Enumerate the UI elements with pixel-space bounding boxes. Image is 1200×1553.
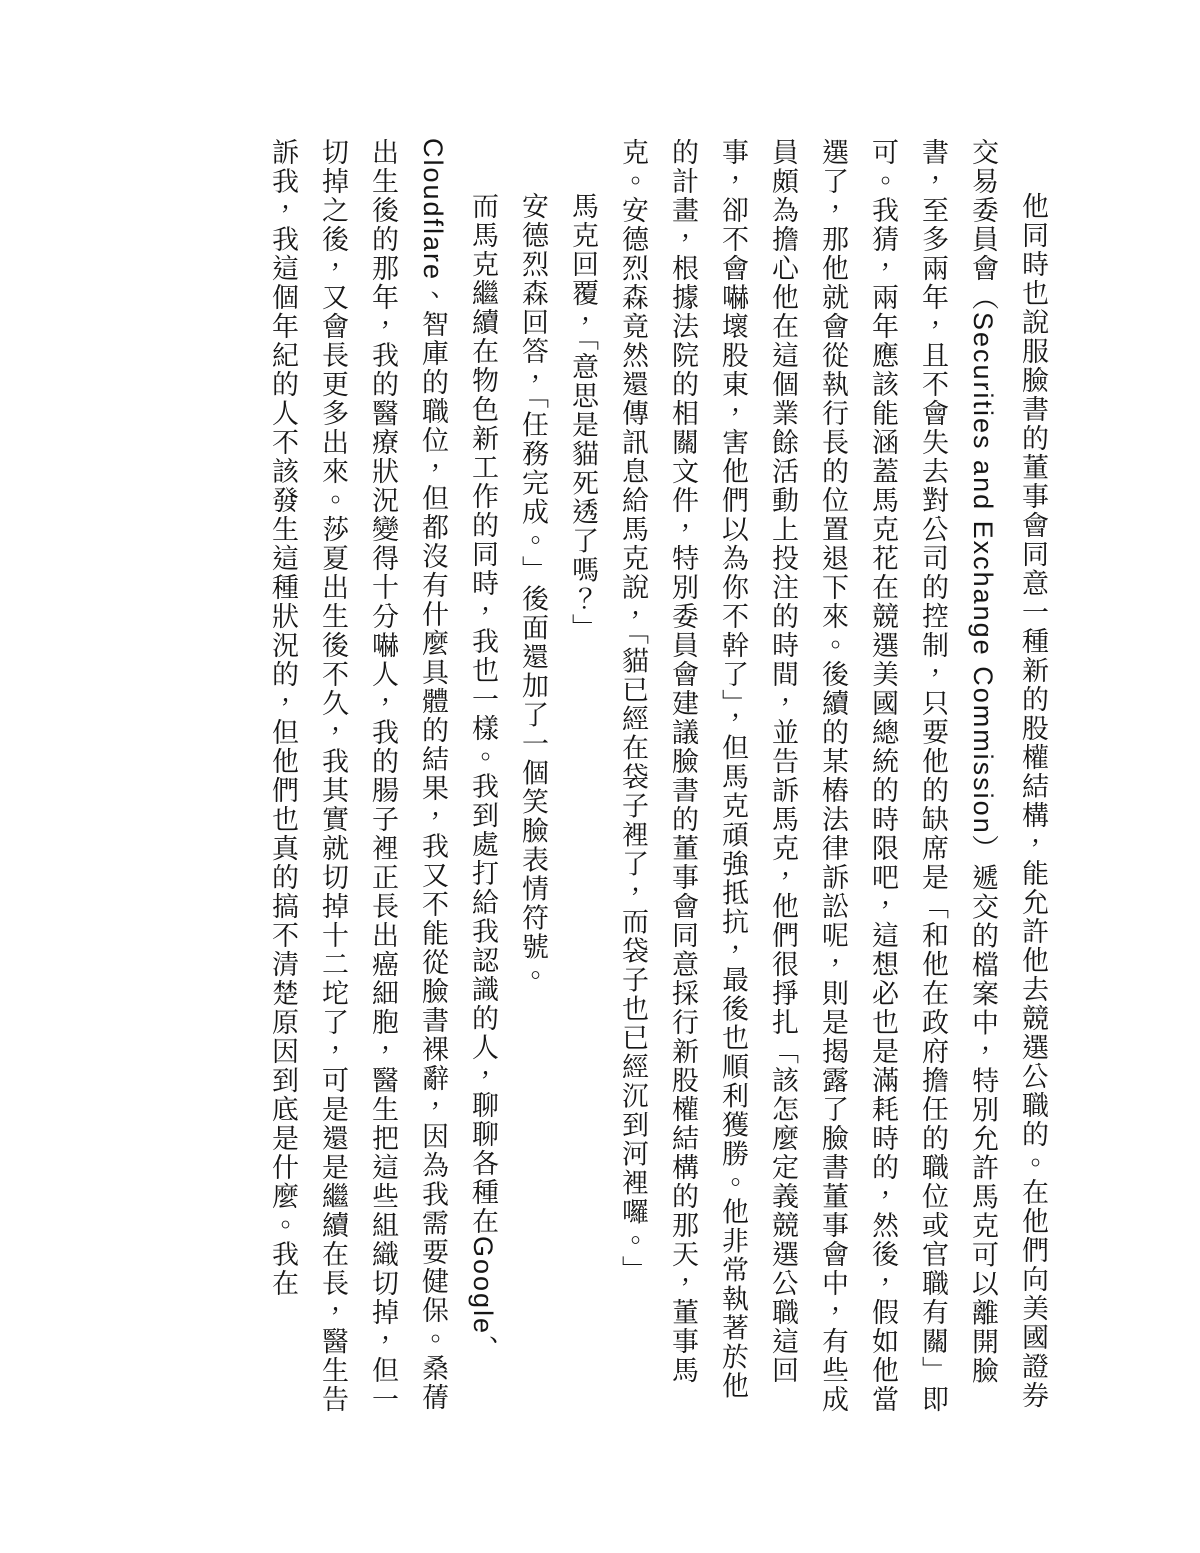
book-page: { "page": { "background_color": "#ffffff…: [0, 0, 1200, 1553]
paragraph-1: 他同時也說服臉書的董事會同意一種新的股權結構，能允許他去競選公職的。在他們向美國…: [608, 138, 1058, 1420]
paragraph-4: 而馬克繼續在物色新工作的同時，我也一樣。我到處打給我認識的人，聊聊各種在Goog…: [258, 138, 508, 1420]
paragraph-3: 安德烈森回答，「任務完成。」後面還加了一個笑臉表情符號。: [508, 138, 558, 1420]
vertical-text-block: 他同時也說服臉書的董事會同意一種新的股權結構，能允許他去競選公職的。在他們向美國…: [258, 138, 1058, 1420]
paragraph-2: 馬克回覆，「意思是貓死透了嗎？」: [558, 138, 608, 1420]
